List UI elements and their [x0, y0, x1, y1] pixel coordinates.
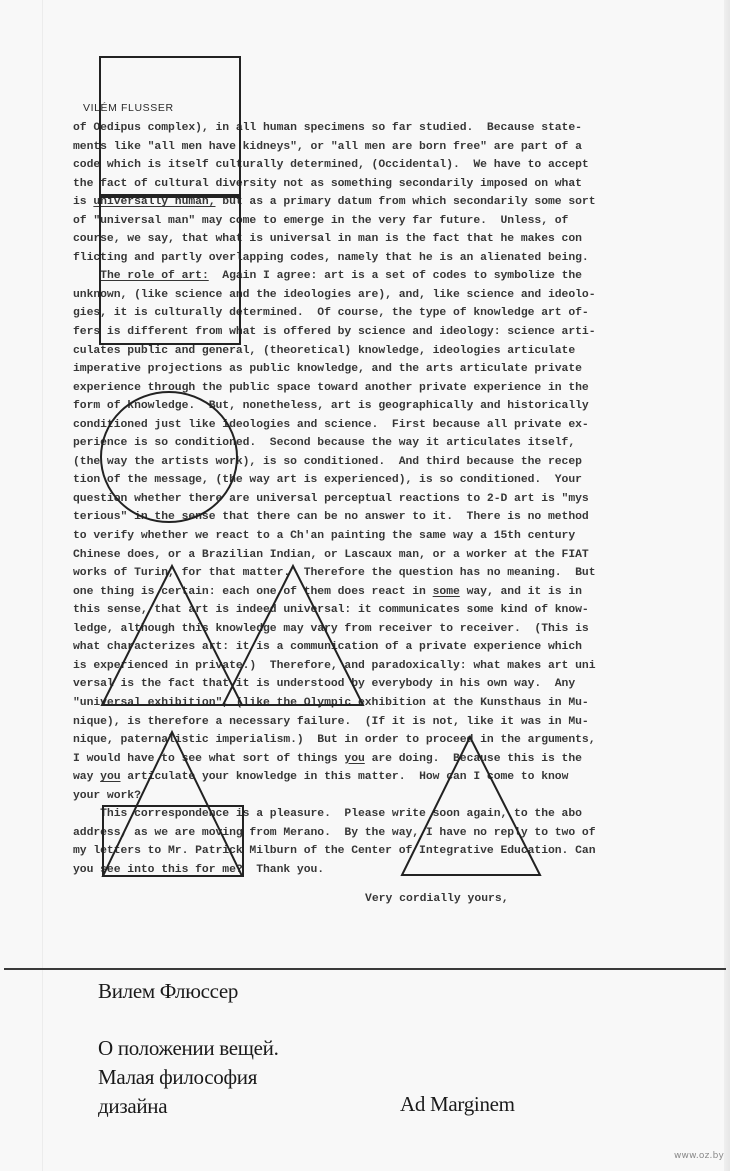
letter-line: terious" in the sense that there can be …: [73, 508, 673, 527]
divider-rule: [4, 968, 726, 970]
cover-right-edge: [724, 0, 730, 1171]
letter-line: fers is different from what is offered b…: [73, 323, 673, 342]
letter-line: your work?: [73, 787, 673, 806]
letter-line: Chinese does, or a Brazilian Indian, or …: [73, 546, 673, 565]
letter-line: is universally human, but as a primary d…: [73, 193, 673, 212]
letter-line: imperative projections as public knowled…: [73, 360, 673, 379]
letter-line: tion of the message, (the way art is exp…: [73, 471, 673, 490]
letter-line: code which is itself culturally determin…: [73, 156, 673, 175]
letter-line: this sense, that art is indeed universal…: [73, 601, 673, 620]
letter-line: question whether there are universal per…: [73, 490, 673, 509]
cover-title-line: О положении вещей.: [98, 1034, 279, 1063]
letter-author-mark: VILÉM FLUSSER: [83, 102, 174, 114]
letter-line: culates public and general, (theoretical…: [73, 342, 673, 361]
typewritten-letter: of Oedipus complex), in all human specim…: [73, 119, 673, 879]
cover-fold-line: [42, 0, 43, 1171]
letter-line: nique, paternalistic imperialism.) But i…: [73, 731, 673, 750]
letter-line: my letters to Mr. Patrick Milburn of the…: [73, 842, 673, 861]
letter-line: ments like "all men have kidneys", or "a…: [73, 138, 673, 157]
letter-line: works of Turin, for that matter. Therefo…: [73, 564, 673, 583]
letter-line: gies, it is culturally determined. Of co…: [73, 304, 673, 323]
cover-title: О положении вещей. Малая философия дизай…: [98, 1034, 279, 1121]
letter-line: experience through the public space towa…: [73, 379, 673, 398]
letter-line: unknown, (like science and the ideologie…: [73, 286, 673, 305]
letter-line: course, we say, that what is universal i…: [73, 230, 673, 249]
letter-line: The role of art: Again I agree: art is a…: [73, 267, 673, 286]
letter-line: flicting and partly overlapping codes, n…: [73, 249, 673, 268]
letter-line: is experienced in private.) Therefore, a…: [73, 657, 673, 676]
letter-line: perience is so conditioned. Second becau…: [73, 434, 673, 453]
cover-author: Вилем Флюссер: [98, 979, 238, 1004]
watermark-url: www.oz.by: [674, 1151, 724, 1161]
letter-line: address, as we are moving from Merano. B…: [73, 824, 673, 843]
letter-line: conditioned just like ideologies and sci…: [73, 416, 673, 435]
letter-line: what characterizes art: it is a communic…: [73, 638, 673, 657]
cover-title-line: Малая философия: [98, 1063, 279, 1092]
letter-line: ledge, although this knowledge may vary …: [73, 620, 673, 639]
letter-line: of Oedipus complex), in all human specim…: [73, 119, 673, 138]
letter-line: (the way the artists work), is so condit…: [73, 453, 673, 472]
publisher-name: Ad Marginem: [400, 1092, 515, 1117]
letter-line: you see into this for me? Thank you.: [73, 861, 673, 880]
letter-line: nique), is therefore a necessary failure…: [73, 713, 673, 732]
letter-line: to verify whether we react to a Ch'an pa…: [73, 527, 673, 546]
letter-line: versal is the fact that it is understood…: [73, 675, 673, 694]
letter-signoff: Very cordially yours,: [365, 893, 509, 905]
letter-line: of "universal man" may come to emerge in…: [73, 212, 673, 231]
cover-title-line: дизайна: [98, 1092, 279, 1121]
letter-line: I would have to see what sort of things …: [73, 750, 673, 769]
letter-line: way you articulate your knowledge in thi…: [73, 768, 673, 787]
letter-line: form of knowledge. But, nonetheless, art…: [73, 397, 673, 416]
book-cover: VILÉM FLUSSER of Oedipus complex), in al…: [0, 0, 730, 1171]
letter-line: one thing is certain: each one of them d…: [73, 583, 673, 602]
letter-line: the fact of cultural diversity not as so…: [73, 175, 673, 194]
letter-line: "universal exhibition", (like the Olympi…: [73, 694, 673, 713]
letter-line: This correspondence is a pleasure. Pleas…: [73, 805, 673, 824]
